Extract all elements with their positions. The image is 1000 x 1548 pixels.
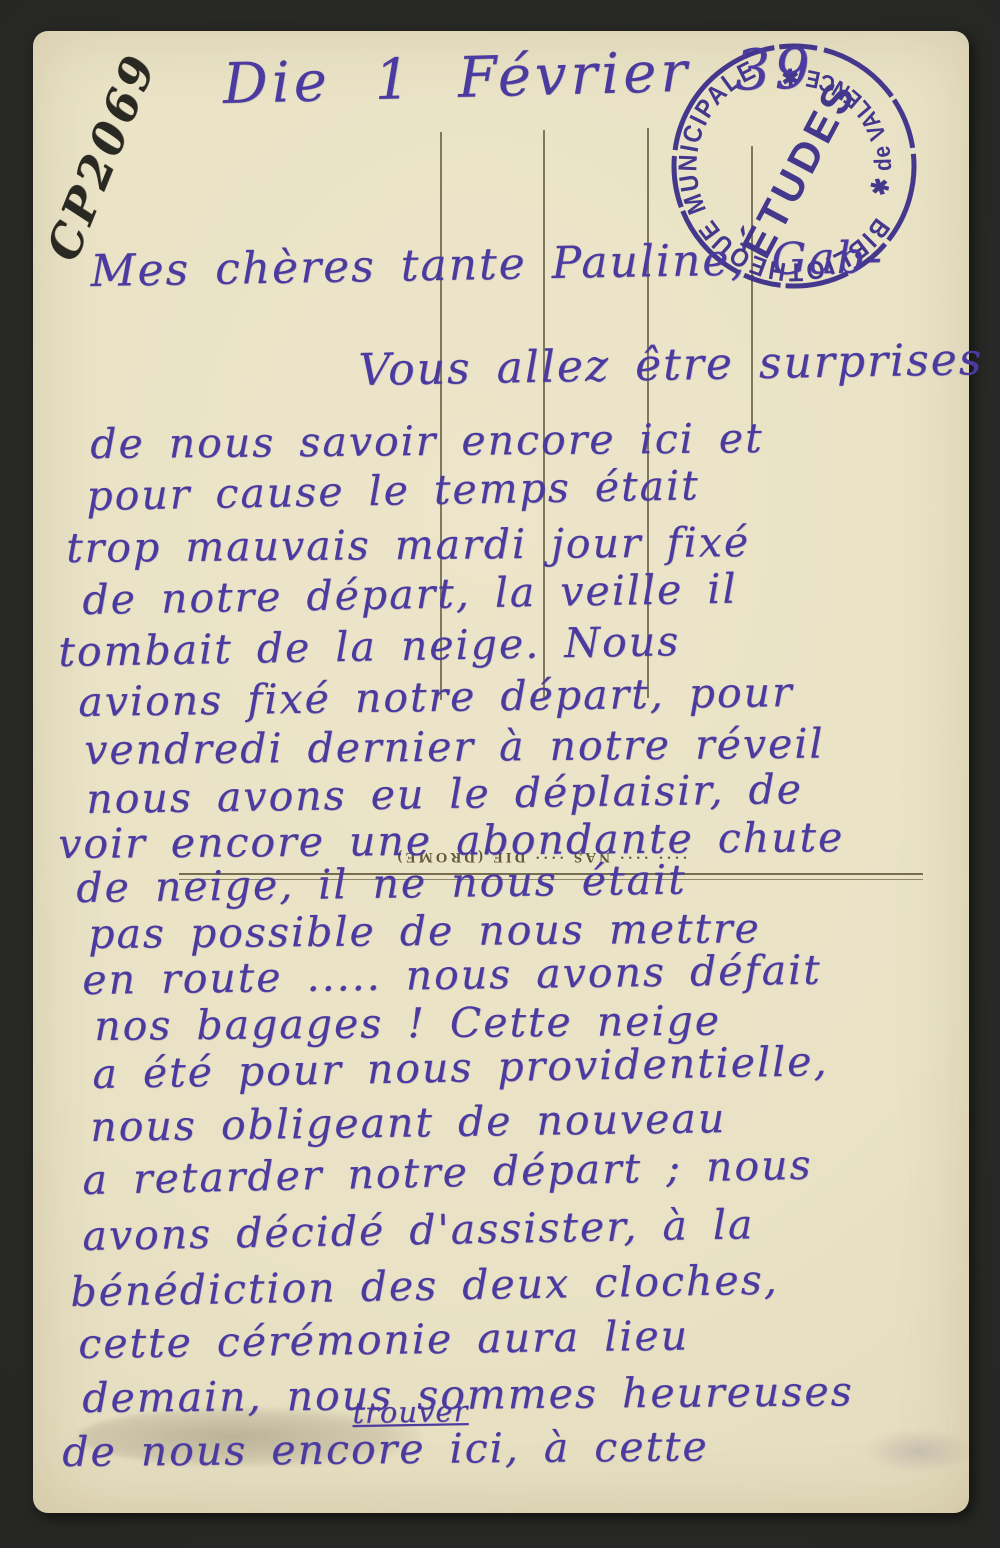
handwritten-line: nous obligeant de nouveau [90,1094,727,1151]
handwritten-line: de neige, il ne nous était [76,855,687,912]
handwritten-line: de nous savoir encore ici et [90,414,764,468]
handwritten-line: avions fixé notre départ, pour [78,668,794,726]
handwritten-line: de nous encore ici, à cette [62,1422,709,1476]
handwritten-line: Vous allez être surprises [358,334,984,396]
handwritten-line: trop mauvais mardi jour fixé [66,518,750,572]
handwritten-line: cette cérémonie aura lieu [78,1311,689,1368]
ink-smudge [863,1429,973,1473]
inserted-word: trouver [352,1394,469,1430]
